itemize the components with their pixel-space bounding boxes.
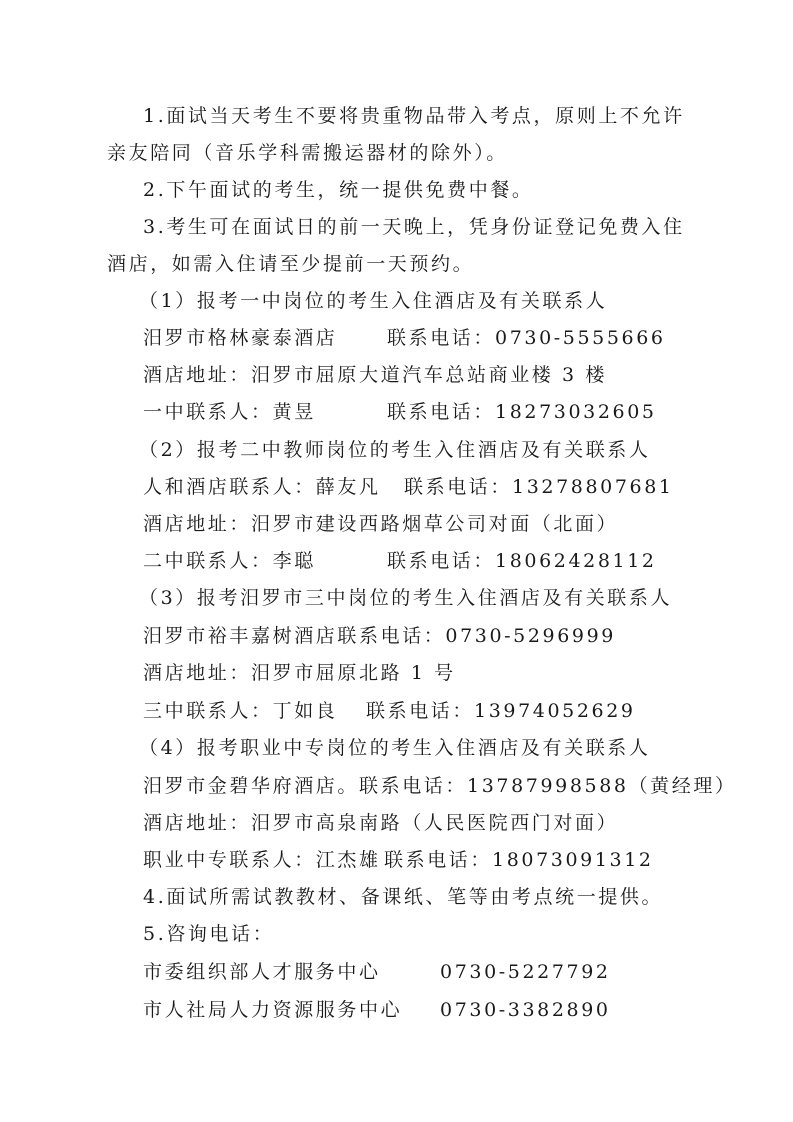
item-2: 2.下午面试的考生，统一提供免费中餐。 <box>143 178 534 202</box>
hotel-1-name: 汨罗市格林豪泰酒店 <box>143 326 337 350</box>
hotel-1-phone: 联系电话：0730-5555666 <box>387 326 666 350</box>
hotel-4-heading: （4）报考职业中专岗位的考生入住酒店及有关联系人 <box>139 736 651 760</box>
consult-phone-2: 0730-3382890 <box>440 998 611 1022</box>
hotel-1-contact-name: 一中联系人：黄昱 <box>143 400 316 424</box>
item-1-line-1: 1.面试当天考生不要将贵重物品带入考点，原则上不允许 <box>143 104 685 128</box>
hotel-3-heading: （3）报考汨罗市三中岗位的考生入住酒店及有关联系人 <box>139 586 672 610</box>
hotel-3-name: 汨罗市裕丰嘉树酒店联系电话：0730-5296999 <box>143 624 616 648</box>
item-1-line-2: 亲友陪同（音乐学科需搬运器材的除外）。 <box>107 141 508 165</box>
item-3-line-2: 酒店，如需入住请至少提前一天预约。 <box>107 252 474 276</box>
hotel-3-contact-name: 三中联系人：丁如良 <box>143 699 337 723</box>
consult-org-1: 市委组织部人才服务中心 <box>143 960 381 984</box>
item-5-heading: 5.咨询电话： <box>143 922 274 946</box>
item-4: 4.面试所需试教教材、备课纸、笔等由考点统一提供。 <box>143 885 663 909</box>
hotel-4-address: 酒店地址：汨罗市高泉南路（人民医院西门对面） <box>143 811 618 835</box>
hotel-3-address: 酒店地址：汨罗市屈原北路 1 号 <box>143 661 456 685</box>
consult-org-2: 市人社局人力资源服务中心 <box>143 998 402 1022</box>
item-3-line-1: 3.考生可在面试日的前一天晚上，凭身份证登记免费入住 <box>143 215 685 239</box>
hotel-2-address: 酒店地址：汨罗市建设西路烟草公司对面（北面） <box>143 512 618 536</box>
hotel-2-name: 人和酒店联系人：薛友凡 <box>143 475 381 499</box>
hotel-2-contact-phone: 联系电话：18062428112 <box>387 549 657 573</box>
consult-phone-1: 0730-5227792 <box>440 960 611 984</box>
hotel-4-contact-name: 职业中专联系人：江杰雄 <box>143 848 381 872</box>
hotel-3-contact-phone: 联系电话：13974052629 <box>366 699 636 723</box>
hotel-2-heading: （2）报考二中教师岗位的考生入住酒店及有关联系人 <box>139 438 651 462</box>
hotel-4-name: 汨罗市金碧华府酒店。联系电话：13787998588（黄经理） <box>143 774 737 798</box>
hotel-1-contact-phone: 联系电话：18273032605 <box>387 400 657 424</box>
hotel-1-address: 酒店地址：汨罗市屈原大道汽车总站商业楼 3 楼 <box>143 363 607 387</box>
document-page: 1.面试当天考生不要将贵重物品带入考点，原则上不允许 亲友陪同（音乐学科需搬运器… <box>0 0 793 1122</box>
hotel-4-contact-phone: 联系电话：18073091312 <box>384 848 654 872</box>
hotel-2-contact-name: 二中联系人：李聪 <box>143 549 316 573</box>
hotel-2-phone: 联系电话：13278807681 <box>404 475 674 499</box>
hotel-1-heading: （1）报考一中岗位的考生入住酒店及有关联系人 <box>139 289 607 313</box>
